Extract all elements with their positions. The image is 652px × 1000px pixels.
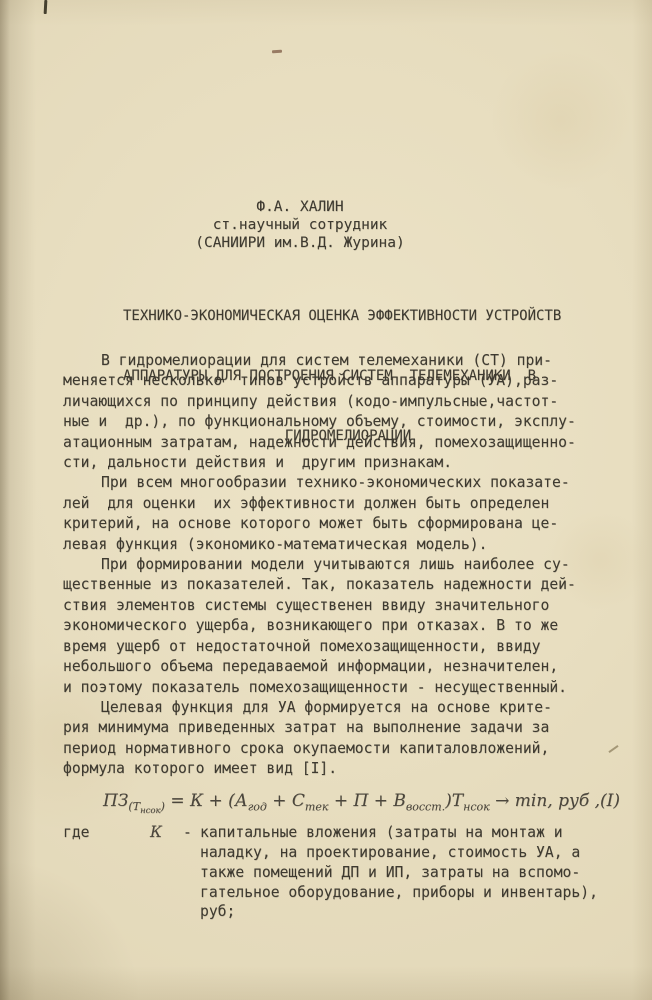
paragraph-criterion: При всем многообразии технико-экономичес… bbox=[63, 473, 641, 555]
scanned-page: Ф.А. ХАЛИН ст.научный сотрудник (САНИИРИ… bbox=[0, 0, 652, 1000]
where-definition: капитальные вложения (затраты на монтаж … bbox=[200, 823, 598, 922]
formula-pz: ПЗ bbox=[103, 791, 128, 811]
formula-plus-c: + С bbox=[267, 791, 305, 811]
paragraph-objective-function: Целевая функция для УА формируется на ос… bbox=[63, 698, 641, 780]
where-dash: - bbox=[183, 823, 200, 922]
author-affiliation: (САНИИРИ им.В.Д. Журина) bbox=[0, 234, 626, 252]
formula-eq: = К + (А bbox=[165, 791, 248, 811]
formula-t-inner: нсок bbox=[140, 806, 161, 816]
formula-sub-c: тек bbox=[305, 800, 329, 813]
author-role: ст.научный сотрудник bbox=[0, 216, 626, 234]
author-block: Ф.А. ХАЛИН ст.научный сотрудник (САНИИРИ… bbox=[0, 198, 626, 252]
paragraph-intro: В гидромелиорации для систем телемеханик… bbox=[63, 351, 641, 473]
formula-t-open: (Т bbox=[128, 800, 140, 813]
formula-sub-t: нсок bbox=[463, 800, 490, 813]
author-name: Ф.А. ХАЛИН bbox=[0, 198, 626, 216]
title-line-1: ТЕХНИКО-ЭКОНОМИЧЕСКАЯ ОЦЕНКА ЭФФЕКТИВНОС… bbox=[123, 306, 573, 326]
formula-tail: → min, руб ,(I) bbox=[490, 791, 620, 811]
scan-artifact-dash bbox=[272, 50, 282, 53]
where-block: где К - капитальные вложения (затраты на… bbox=[63, 823, 641, 922]
formula-sub-v: восст. bbox=[406, 800, 445, 813]
formula-sub-a: год bbox=[248, 800, 267, 813]
formula-plus-v: + П + В bbox=[328, 791, 405, 811]
formula-equation-1: ПЗ(Тнсок) = К + (Агод + Стек + П + Ввосс… bbox=[103, 791, 641, 812]
formula-pz-subscript: (Тнсок) bbox=[128, 800, 165, 813]
where-symbol-k: К bbox=[150, 823, 183, 922]
where-label: где bbox=[63, 823, 150, 922]
document-body: В гидромелиорации для систем телемеханик… bbox=[63, 351, 641, 922]
scan-artifact-top-left bbox=[44, 0, 48, 14]
paragraph-model: При формировании модели учитываются лишь… bbox=[63, 555, 641, 698]
formula-close-t: )Т bbox=[445, 791, 463, 811]
